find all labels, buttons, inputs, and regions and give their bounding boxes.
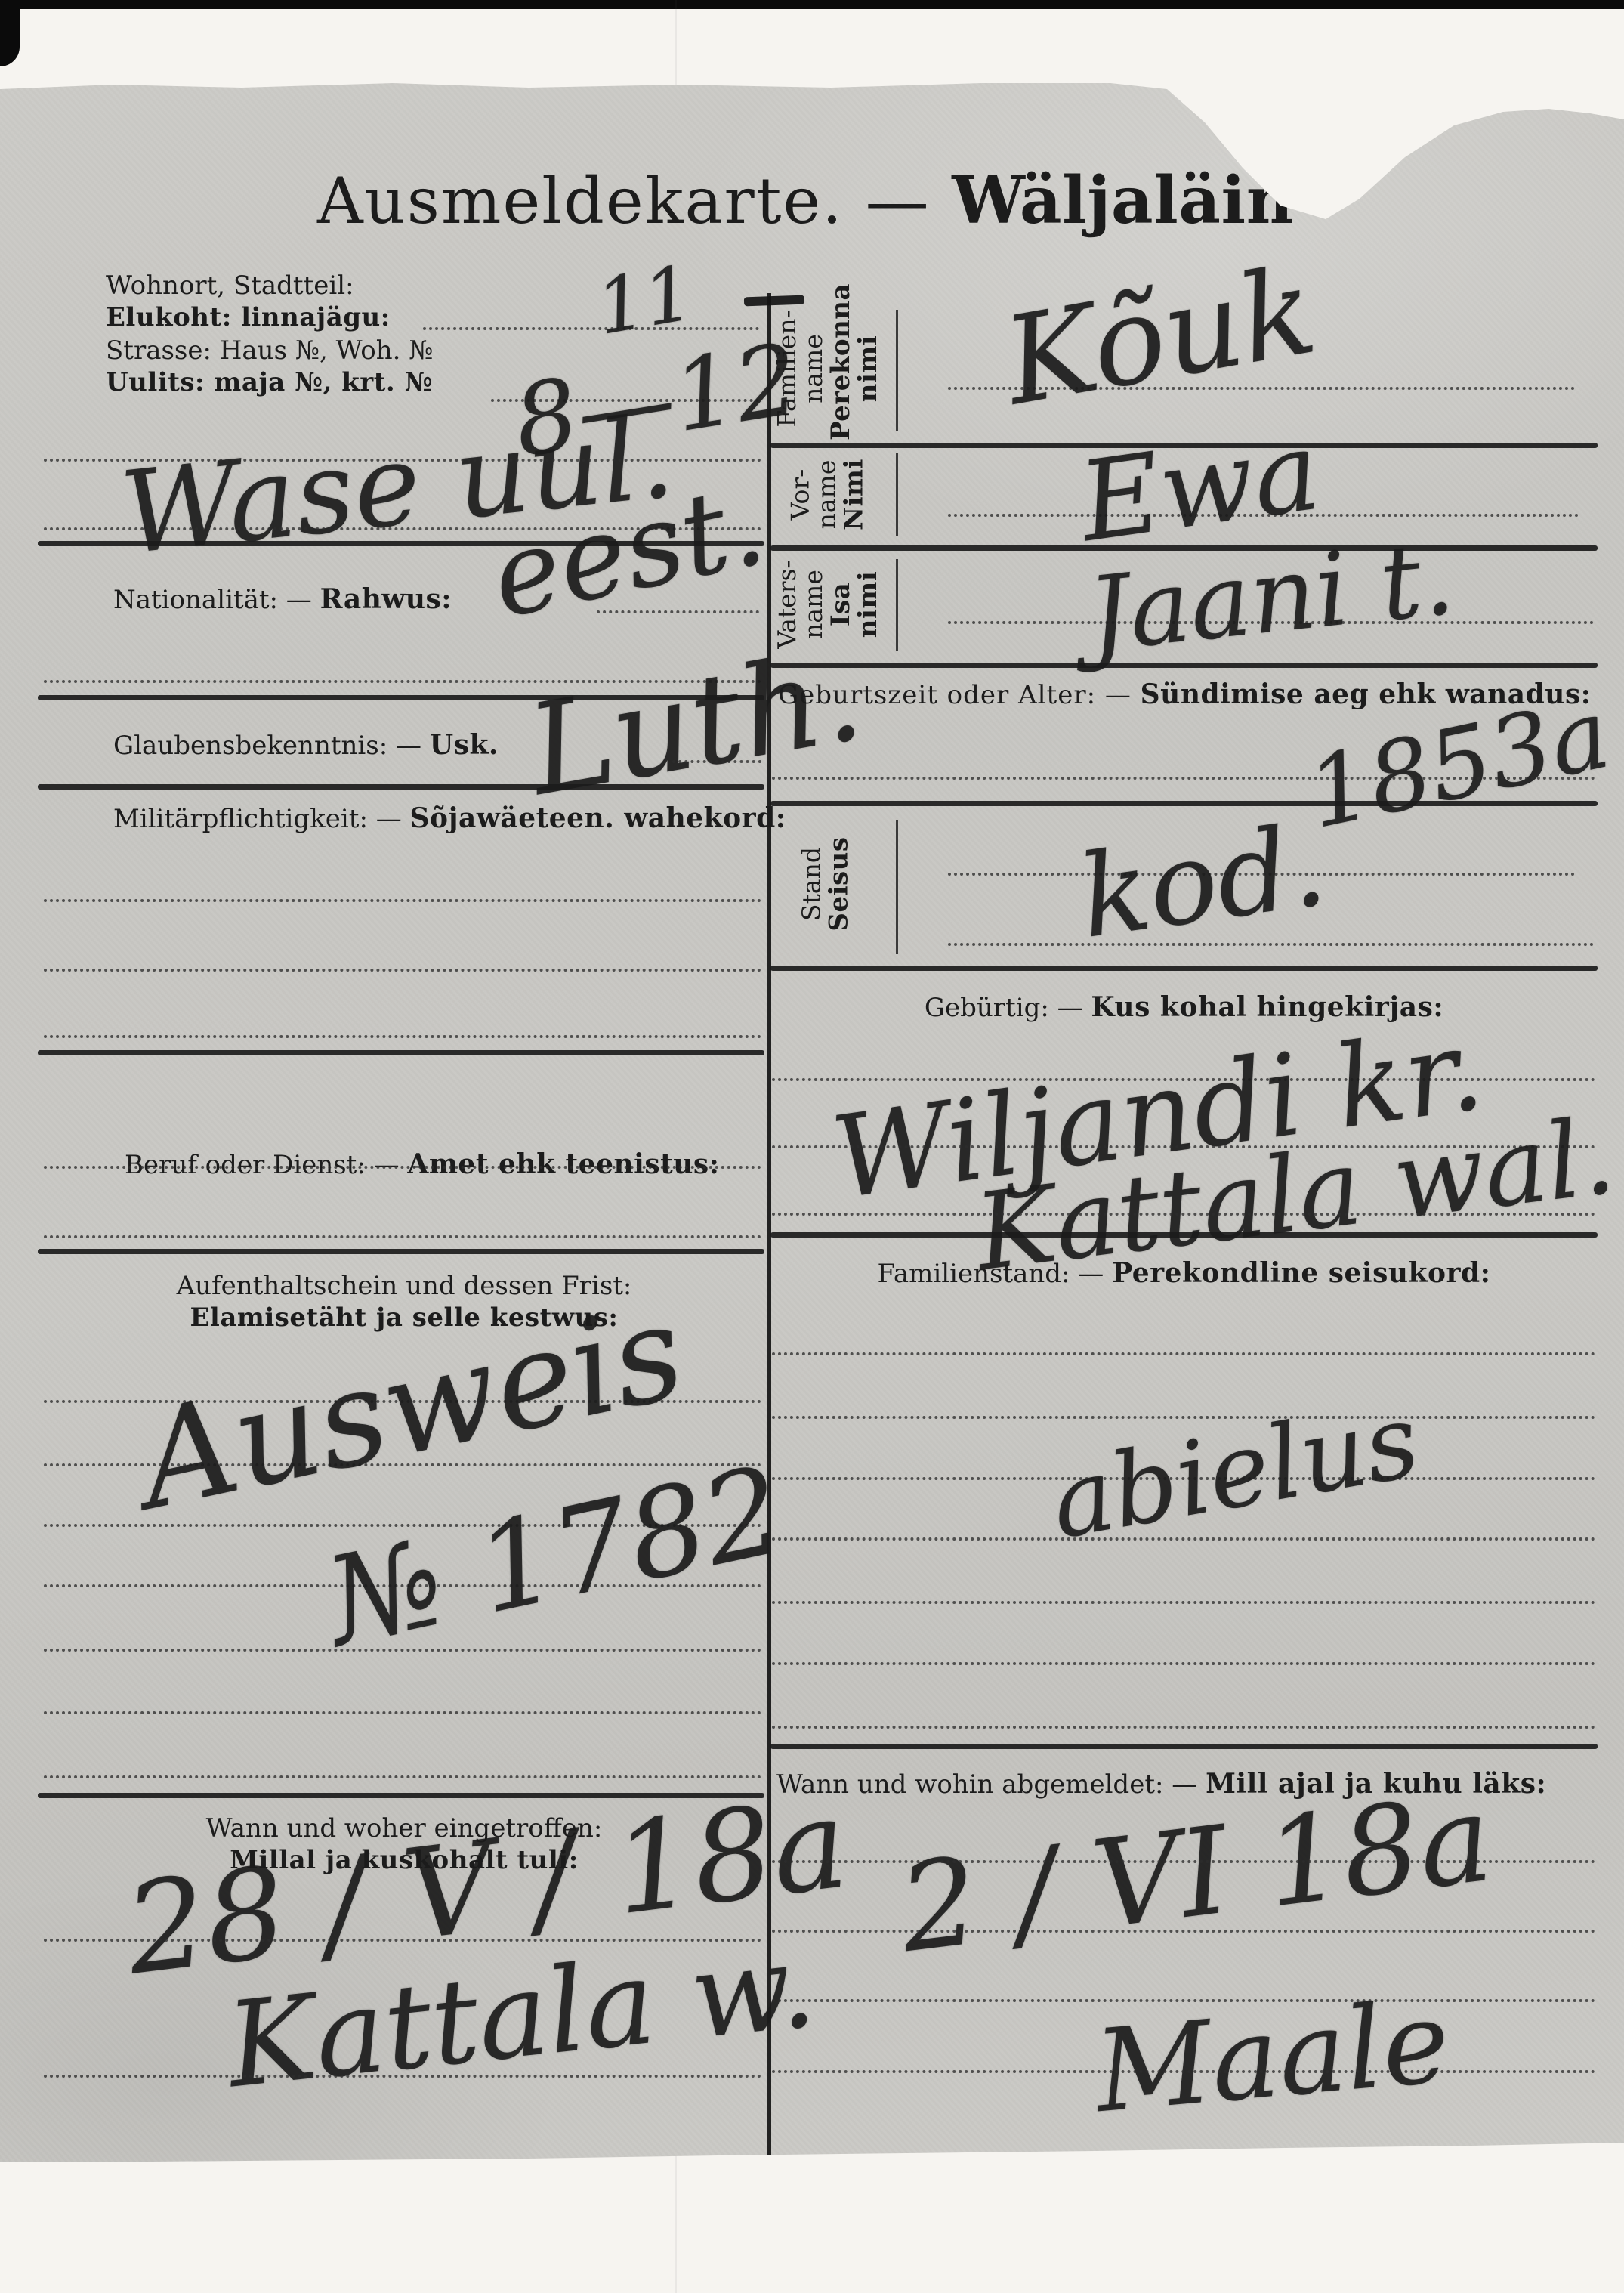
- label-family-status-et: Perekondline seisukord:: [1112, 1257, 1490, 1289]
- label-cell-rule: [896, 559, 898, 651]
- entry-departure-date: 2 / VI 18a: [894, 1778, 1498, 1970]
- label-nationality-de: Nationalität: —: [113, 585, 312, 615]
- section-rule: [38, 1249, 764, 1254]
- dotted-line: [772, 1352, 1595, 1355]
- label-elukoht: Elukoht: linnajägu:: [106, 302, 391, 332]
- dotted-line: [44, 1166, 761, 1169]
- dotted-line: [772, 1601, 1595, 1604]
- section-rule: [38, 784, 764, 790]
- label-family-status-de: Familienstand: —: [878, 1259, 1104, 1289]
- label-family-name: Familien- name Perekonna nimi: [774, 297, 888, 440]
- label-occupation-et: Amet ehk teenistus:: [407, 1148, 719, 1180]
- label-occupation: Beruf oder Dienst: — Amet ehk teenistus:: [125, 1148, 719, 1180]
- section-rule: [770, 663, 1598, 668]
- label-family-status: Familienstand: — Perekondline seisukord:: [770, 1257, 1598, 1289]
- dotted-line: [44, 1035, 761, 1038]
- label-occupation-de: Beruf oder Dienst: —: [125, 1150, 400, 1180]
- dotted-line: [44, 1775, 761, 1778]
- label-family-name-de1: Familien-: [774, 297, 801, 440]
- label-family-name-et2: nimi: [854, 297, 881, 440]
- entry-status: kod.: [1073, 808, 1332, 955]
- label-registered-de: Gebürtig: —: [925, 993, 1083, 1023]
- title-estonian: Wäljaläin: [952, 162, 1293, 239]
- dotted-line: [672, 760, 761, 763]
- scanner-edge-strip: [0, 0, 1624, 9]
- section-rule: [38, 1050, 764, 1055]
- dotted-line: [772, 1860, 1595, 1863]
- dotted-line: [772, 1537, 1595, 1541]
- entry-family-status: abielus: [1044, 1389, 1425, 1554]
- section-rule: [770, 1744, 1598, 1749]
- label-father-name-et2: nimi: [854, 548, 881, 661]
- label-nationality: Nationalität: — Rahwus:: [113, 583, 452, 615]
- label-family-name-de2: name: [801, 297, 827, 440]
- dotted-line: [772, 2070, 1595, 2073]
- label-first-name: Vor- name Nimi: [788, 446, 875, 544]
- card-title: Ausmeldekarte. — Wäljaläin: [317, 162, 1294, 239]
- label-first-name-de1: Vor-: [788, 446, 814, 544]
- label-religion-de: Glaubensbekenntnis: —: [113, 731, 421, 761]
- section-rule: [770, 1232, 1598, 1238]
- label-departure-de: Wann und wohin abgemeldet: —: [776, 1769, 1197, 1800]
- label-father-name-de2: name: [801, 548, 827, 661]
- section-rule: [770, 801, 1598, 806]
- dotted-line: [423, 327, 759, 330]
- label-first-name-de2: name: [814, 446, 840, 544]
- registration-card: Ausmeldekarte. — Wäljaläin Wohnort, Stad…: [0, 76, 1624, 2168]
- title-german: Ausmeldekarte.: [317, 164, 844, 238]
- label-birth-de: Geburtszeit oder Alter: —: [778, 680, 1132, 710]
- entry-family-name: Kõuk: [996, 249, 1323, 422]
- label-military-de: Militärpflichtigkeit: —: [113, 804, 402, 834]
- dotted-line: [948, 943, 1594, 946]
- dotted-line: [44, 2075, 761, 2078]
- label-religion: Glaubensbekenntnis: — Usk.: [113, 729, 499, 761]
- label-nationality-et: Rahwus:: [320, 583, 452, 615]
- dotted-line: [44, 1711, 761, 1714]
- scanned-document: Ausmeldekarte. — Wäljaläin Wohnort, Stad…: [0, 0, 1624, 2293]
- dotted-line: [44, 969, 761, 972]
- dotted-line: [44, 1235, 761, 1238]
- label-uulits: Uulits: maja №, krt. №: [106, 367, 433, 397]
- label-military-et: Sõjawäeteen. wahekord:: [410, 802, 786, 834]
- section-rule: [770, 966, 1598, 971]
- dotted-line: [772, 1726, 1595, 1729]
- label-status-de: Stand: [799, 818, 826, 950]
- label-family-name-et1: Perekonna: [827, 297, 854, 440]
- dotted-line: [772, 1213, 1595, 1216]
- entry-departure-place: Maale: [1091, 1986, 1453, 2129]
- label-religion-et: Usk.: [430, 729, 499, 761]
- label-cell-rule: [896, 310, 898, 431]
- dotted-line: [44, 459, 761, 462]
- dotted-line: [772, 1930, 1595, 1933]
- dotted-line: [772, 1416, 1595, 1419]
- label-strasse: Strasse: Haus №, Woh. №: [106, 335, 433, 366]
- label-wohnort: Wohnort, Stadtteil:: [106, 270, 354, 301]
- label-father-name-et1: Isa: [827, 548, 854, 661]
- label-first-name-et1: Nimi: [840, 446, 867, 544]
- label-father-name-de1: Vaters-: [774, 548, 801, 661]
- entry-district: 11: [591, 255, 699, 347]
- dotted-line: [772, 777, 1595, 780]
- dotted-line: [44, 899, 761, 902]
- label-father-name: Vaters- name Isa nimi: [774, 548, 888, 661]
- label-military: Militärpflichtigkeit: — Sõjawäeteen. wah…: [113, 802, 786, 834]
- title-dash-char: —: [866, 164, 931, 238]
- label-status: Stand Seisus: [799, 818, 863, 950]
- scanner-corner-shadow: [0, 0, 20, 66]
- label-cell-rule: [896, 453, 898, 536]
- dotted-line: [772, 1662, 1595, 1665]
- dotted-line: [597, 610, 759, 613]
- label-status-et: Seisus: [825, 818, 852, 950]
- label-cell-rule: [896, 820, 898, 954]
